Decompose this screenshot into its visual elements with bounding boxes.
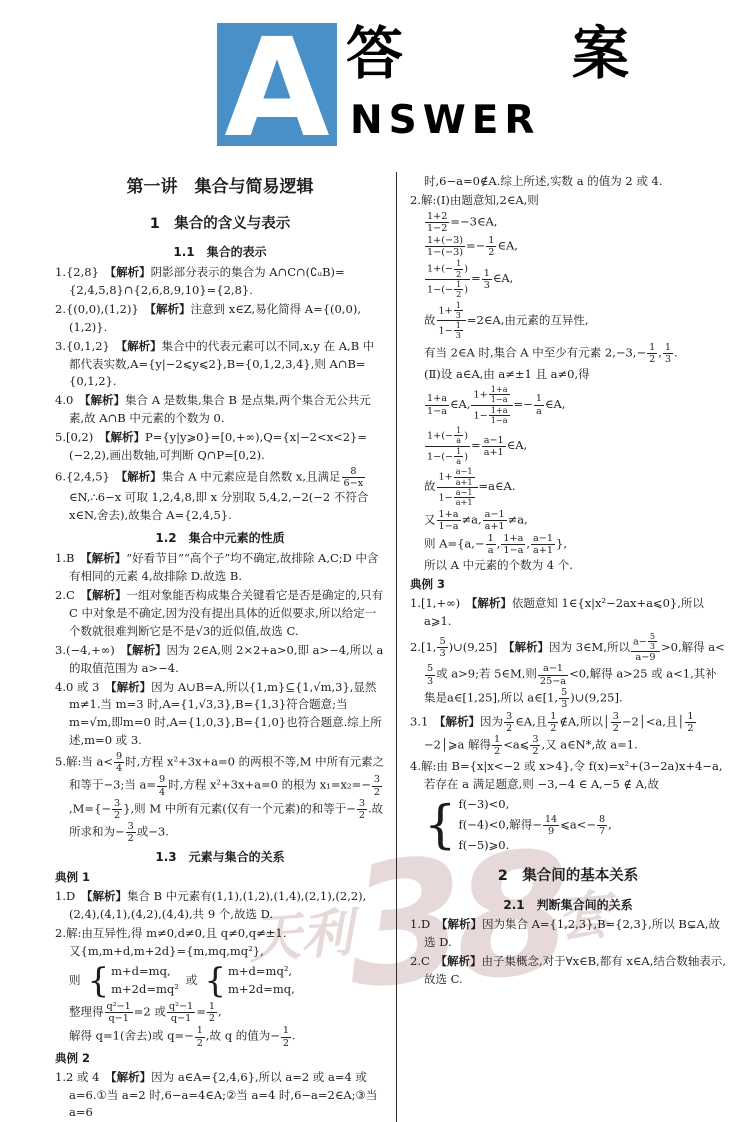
answer-item: 3.{0,1,2} 【解析】集合中的代表元素可以不同,x,y 在 A,B 中都代…: [55, 338, 385, 392]
math-line: 故1+131−13=2∈A,由元素的互异性,: [410, 301, 726, 341]
answer-item: 5.[0,2) 【解析】P={y|y⩾0}=[0,+∞),Q={x|−2<x<2…: [55, 429, 385, 465]
answer-item: 1.2 或 4 【解析】因为 a∈A={2,4,6},所以 a=2 或 a=4 …: [55, 1069, 385, 1122]
math-line: (Ⅱ)设 a∈A,由 a≠±1 且 a≠0,得: [410, 366, 726, 384]
content-columns: 第一讲 集合与简易逻辑1 集合的含义与表示1.1 集合的表示1.{2,8} 【解…: [55, 172, 727, 1122]
title-english: NSWER: [350, 98, 540, 143]
answer-page: A 答 案 NSWER 天利 38 套 第一讲 集合与简易逻辑1 集合的含义与表…: [0, 0, 750, 1122]
answer-item: 2.解:由互异性,得 m≠0,d≠0,且 q≠0,q≠±1.: [55, 925, 385, 943]
math-line: 1+(−1a)1−(−1a)=a−1a+1∈A,: [410, 426, 726, 466]
answer-item: 1.{2,8} 【解析】阴影部分表示的集合为 A∩C∩(∁ᵤB)={2,4,5,…: [55, 264, 385, 300]
answer-item: 2.解:(Ⅰ)由题意知,2∈A,则: [410, 192, 726, 210]
example-label: 典例 2: [55, 1050, 385, 1068]
math-line: 1+21−2=−3∈A,: [410, 211, 726, 234]
answer-item: 2.C 【解析】由子集概念,对于∀x∈B,都有 x∈A,结合数轴表示,故选 C.: [410, 953, 726, 989]
math-line: 则 A={a,−1a,1+a1−a,a−1a+1},: [410, 533, 726, 556]
answer-item: 1.[1,+∞) 【解析】依题意知 1∈{x|x²−2ax+a⩽0},所以 a⩾…: [410, 595, 726, 631]
equation-system: {f(−3)<0,f(−4)<0,解得−149⩽a<−87,f(−5)⩾0.: [410, 796, 726, 855]
example-label: 典例 1: [55, 869, 385, 887]
math-line: 整理得q²−1q−1=2 或q²−1q−1=12,: [55, 1001, 385, 1024]
section-heading: 1 集合的含义与表示: [55, 213, 385, 236]
answer-item: 2.[1,53)∪(9,25] 【解析】因为 3∈M,所以a−53a−9>0,解…: [410, 632, 726, 710]
answer-item: 4.解:由 B={x|x<−2 或 x>4},令 f(x)=x²+(3−2a)x…: [410, 758, 726, 794]
title-chinese: 答 案: [346, 8, 685, 90]
answer-item: 3.(−4,+∞) 【解析】因为 2∈A,则 2×2+a>0,即 a>−4,所以…: [55, 642, 385, 678]
math-line: 1+(−3)1−(−3)=−12∈A,: [410, 235, 726, 258]
math-line: 又1+a1−a≠a,a−1a+1≠a,: [410, 509, 726, 532]
answer-item: 4.0 【解析】集合 A 是数集,集合 B 是点集,两个集合无公共元素,故 A∩…: [55, 392, 385, 428]
math-line: 1+a1−a∈A,1+1+a1−a1−1+a1−a=−1a∈A,: [410, 385, 726, 425]
equation-system: 则{m+d=mq,m+2d=mq²或{m+d=mq²,m+2d=mq,: [55, 963, 385, 999]
column-left: 第一讲 集合与简易逻辑1 集合的含义与表示1.1 集合的表示1.{2,8} 【解…: [55, 172, 396, 1122]
answer-item: 1.B 【解析】“好看节目”“高个子”均不确定,故排除 A,C;D 中含有相同的…: [55, 550, 385, 586]
math-line: 1+(−12)1−(−12)=13∈A,: [410, 259, 726, 299]
section-heading: 2 集合间的基本关系: [410, 865, 726, 888]
math-line: 故1+a−1a+11−a−1a+1=a∈A.: [410, 467, 726, 507]
math-line: 又{m,m+d,m+2d}={m,mq,mq²},: [55, 943, 385, 961]
answer-item: 5.解:当 a<94时,方程 x²+3x+a=0 的两根不等,M 中所有元素之和…: [55, 751, 385, 844]
subsection-heading: 1.1 集合的表示: [55, 243, 385, 262]
math-line: 所以 A 中元素的个数为 4 个.: [410, 557, 726, 575]
example-label: 典例 3: [410, 576, 726, 594]
subsection-heading: 1.2 集合中元素的性质: [55, 529, 385, 548]
lecture-heading: 第一讲 集合与简易逻辑: [55, 174, 385, 201]
answer-item: 3.1 【解析】因为32∈A,且12∉A,所以│32−2│<a,且│12−2│⩾…: [410, 711, 726, 757]
answer-item: 2.C 【解析】一组对象能否构成集合关键看它是否是确定的,只有 C 中对象是不确…: [55, 587, 385, 641]
answer-item: 4.0 或 3 【解析】因为 A∪B=A,所以{1,m}⊆{1,√m,3},显然…: [55, 679, 385, 751]
answer-item: 6.{2,4,5} 【解析】集合 A 中元素应是自然数 x,且满足86−x∈N,…: [55, 466, 385, 525]
answer-logo-box: A: [217, 23, 337, 146]
answer-item: 1.D 【解析】集合 B 中元素有(1,1),(1,2),(1,4),(2,1)…: [55, 888, 385, 924]
math-line: 有当 2∈A 时,集合 A 中至少有元素 2,−3,−12,13.: [410, 342, 726, 365]
math-line: 解得 q=1(舍去)或 q=−12,故 q 的值为−12.: [55, 1025, 385, 1048]
subsection-heading: 2.1 判断集合间的关系: [410, 896, 726, 915]
logo-letter: A: [224, 34, 329, 144]
continuation-line: 时,6−a=0∉A.综上所述,实数 a 的值为 2 或 4.: [410, 173, 726, 191]
column-right: 时,6−a=0∉A.综上所述,实数 a 的值为 2 或 4.2.解:(Ⅰ)由题意…: [396, 172, 726, 1122]
subsection-heading: 1.3 元素与集合的关系: [55, 848, 385, 867]
answer-item: 1.D 【解析】因为集合 A={1,2,3},B={2,3},所以 B⊊A,故选…: [410, 916, 726, 952]
answer-item: 2.{(0,0),(1,2)} 【解析】注意到 x∈Z,易化简得 A={(0,0…: [55, 301, 385, 337]
